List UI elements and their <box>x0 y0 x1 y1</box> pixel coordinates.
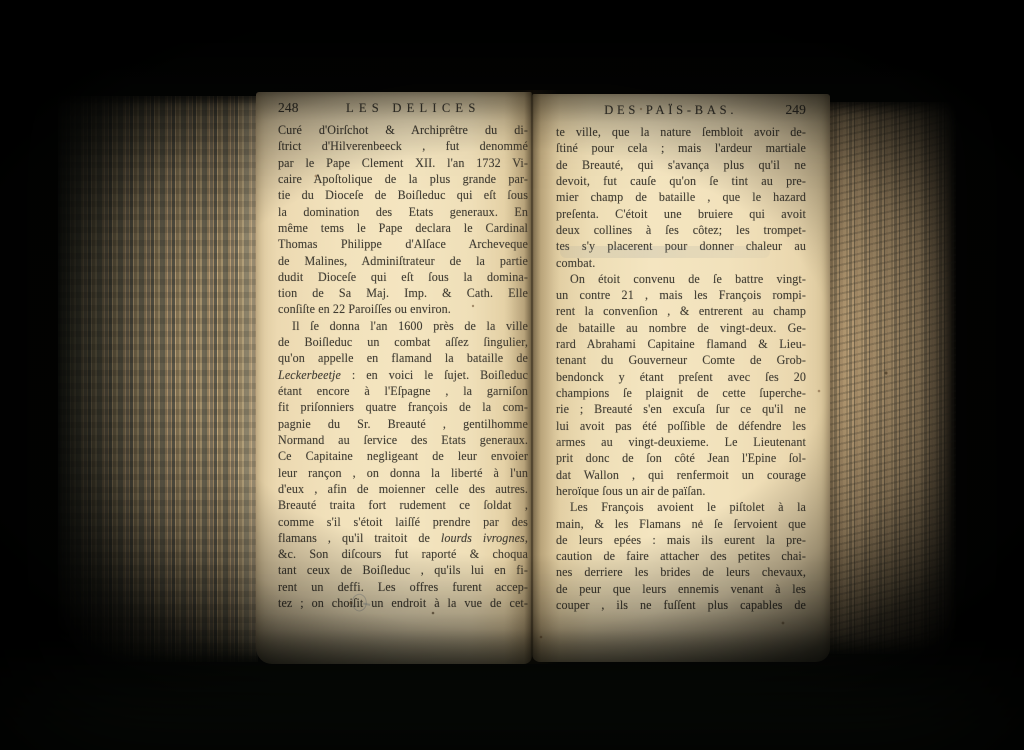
text-line: deux collines à ſes côtez; les trompet- <box>556 222 806 238</box>
text-line: étant encore à l'Eſpagne , la garniſon <box>278 383 528 399</box>
text-line: flamans , qu'il traitoit de lourds ivrog… <box>278 530 528 546</box>
text-line: rard Abrahami Capitaine flamand & Lieu- <box>556 336 806 352</box>
paragraph: On étoit convenu de ſe battre vingt-un c… <box>556 271 806 499</box>
text-line: dat Wallon , qui renfermoit un courage <box>556 467 806 483</box>
foxing-speckles <box>0 0 2 2</box>
left-page-header: 248 LES DELICES <box>278 100 528 117</box>
text-line: rent la convenſion , & entrerent au cham… <box>556 303 806 319</box>
right-page-header: DES PAÏS-BAS. 249 <box>556 102 806 119</box>
text-line: devoit, fut cauſe qu'on ſe tint au pre- <box>556 173 806 189</box>
text-line: même tems le Pape declara le Cardinal <box>278 220 528 236</box>
text-line: armes au vingt-deuxieme. Le Lieutenant <box>556 434 806 450</box>
paragraph: Les François avoient le piſtolet à lamai… <box>556 499 806 613</box>
left-page-text: 248 LES DELICES Curé d'Oirſchot & Archip… <box>278 100 528 611</box>
text-line: preſenta. C'étoit une bruiere qui avoit <box>556 206 806 222</box>
text-line: combat. <box>556 255 806 271</box>
text-line: dudit Dioceſe qui eſt ſous la domina- <box>278 269 528 285</box>
text-line: Leckerbeetje : en voici le ſujet. Boiſle… <box>278 367 528 383</box>
text-line: ſtrict d'Hilverenbeeck , fut denommé <box>278 138 528 154</box>
right-page-text: DES PAÏS-BAS. 249 te ville, que la natur… <box>556 102 806 613</box>
text-line: conſiſte en 22 Paroiſſes ou environ. <box>278 301 528 317</box>
text-line: de bataille au nombre de vingt-deux. Ge- <box>556 320 806 336</box>
paragraph: Curé d'Oirſchot & Archiprêtre du di-ſtri… <box>278 122 528 318</box>
text-line: la domination des Etats generaux. En <box>278 204 528 220</box>
text-line: de Boiſleduc un combat aſſez ſingulier, <box>278 334 528 350</box>
text-line: de Breauté, qui s'avança plus qu'il ne <box>556 157 806 173</box>
left-page-body: Curé d'Oirſchot & Archiprêtre du di-ſtri… <box>278 122 528 611</box>
text-line: tant ceux de Boiſleduc , qu'ils lui en f… <box>278 562 528 578</box>
right-fore-edge-pages <box>828 102 956 654</box>
open-book-photo: 248 LES DELICES Curé d'Oirſchot & Archip… <box>0 0 1024 750</box>
text-line: prit donc de ſon côté Jean l'Epine ſol- <box>556 450 806 466</box>
text-line: de Malines, Adminiſtrateur de la partie <box>278 253 528 269</box>
text-line: mier champ de bataille , que le hazard <box>556 189 806 205</box>
text-line: leur rançon , on donna la liberté à l'un <box>278 465 528 481</box>
text-line: Ce Capitaine negligeant de leur envoier <box>278 448 528 464</box>
text-line: tenant du Gouverneur Comte de Grob- <box>556 352 806 368</box>
text-line: nes derriere les brides de leurs chevaux… <box>556 564 806 580</box>
text-line: Les François avoient le piſtolet à la <box>556 499 806 515</box>
running-title-right: DES PAÏS-BAS. <box>556 103 785 118</box>
right-page-body: te ville, que la nature ſembloit avoir d… <box>556 124 806 613</box>
text-line: &c. Son diſcours fut raporté & choqua <box>278 546 528 562</box>
page-number-right: 249 <box>785 102 806 118</box>
book-page-left: 248 LES DELICES Curé d'Oirſchot & Archip… <box>256 92 532 664</box>
text-line: qu'on appelle en flamand la bataille de <box>278 350 528 366</box>
text-line: rie ; Breauté s'en excuſa ſur ce qu'il n… <box>556 401 806 417</box>
text-line: Normand au ſervice des Etats generaux. <box>278 432 528 448</box>
text-line: de leurs epées : mais ils eurent la pre- <box>556 532 806 548</box>
text-line: Thomas Philippe d'Alſace Archeveque <box>278 236 528 252</box>
text-line: d'eux , afin de moienner celle des autre… <box>278 481 528 497</box>
left-fore-edge-pages <box>58 96 258 662</box>
text-line: lui avoit pas été poſſible de défendre l… <box>556 418 806 434</box>
text-line: ſtiné pour cela ; mais l'ardeur martiale <box>556 140 806 156</box>
paragraph: te ville, que la nature ſembloit avoir d… <box>556 124 806 271</box>
running-title-left: LES DELICES <box>299 101 528 116</box>
text-line: tez ; on choiſit un endroit à la vue de … <box>278 595 528 611</box>
text-line: main, & les Flamans ne ſe ſervoient que <box>556 516 806 532</box>
text-line: un contre 21 , mais les François rompi- <box>556 287 806 303</box>
text-line: par le Pape Clement XII. l'an 1732 Vi- <box>278 155 528 171</box>
book-page-right: DES PAÏS-BAS. 249 te ville, que la natur… <box>532 94 830 662</box>
text-line: de peur que leurs ennemis venant à les <box>556 581 806 597</box>
text-line: Curé d'Oirſchot & Archiprêtre du di- <box>278 122 528 138</box>
text-line: comme s'il s'étoit laiſſé prendre par de… <box>278 514 528 530</box>
text-line: heroïque ſous un air de païſan. <box>556 483 806 499</box>
text-line: bendonck y étant preſent avec ſes 20 <box>556 369 806 385</box>
text-line: Breauté traita fort rudement ce ſoldat , <box>278 497 528 513</box>
text-line: fit priſonniers quatre françois de la co… <box>278 399 528 415</box>
text-line: Il ſe donna l'an 1600 près de la ville <box>278 318 528 334</box>
text-line: couper , ils ne fuſſent plus capables de <box>556 597 806 613</box>
text-line: caution de faire attacher des petites ch… <box>556 548 806 564</box>
text-line: te ville, que la nature ſembloit avoir d… <box>556 124 806 140</box>
text-line: champions ſe plaignit de cette ſuperche- <box>556 385 806 401</box>
text-line: tion de Sa Maj. Imp. & Cath. Elle <box>278 285 528 301</box>
text-line: rent un deffi. Les offres furent accep- <box>278 579 528 595</box>
text-line: tie du Dioceſe de Boiſleduc qui eſt ſous <box>278 187 528 203</box>
text-line: pagnie du Sr. Breauté , gentilhomme <box>278 416 528 432</box>
paragraph: Il ſe donna l'an 1600 près de la villede… <box>278 318 528 612</box>
text-line: On étoit convenu de ſe battre vingt- <box>556 271 806 287</box>
text-line: caire Apoſtolique de la plus grande par- <box>278 171 528 187</box>
page-number-left: 248 <box>278 100 299 116</box>
text-line: tes s'y placerent pour donner chaleur au <box>556 238 806 254</box>
